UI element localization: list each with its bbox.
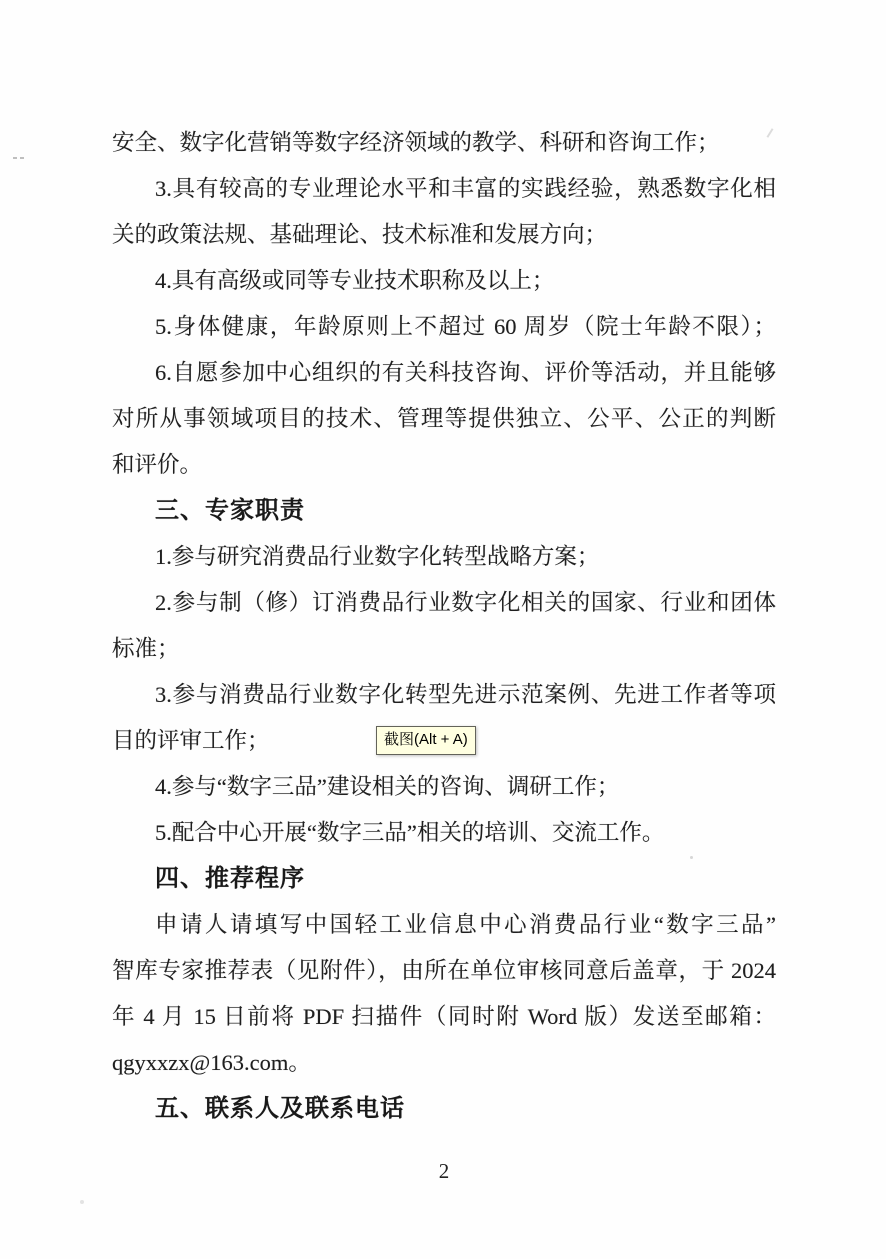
text-line: 1.参与研究消费品行业数字化转型战略方案； [112,534,776,580]
text-line: 5.身体健康，年龄原则上不超过 60 周岁（院士年龄不限）； [112,304,776,350]
text-line: 安全、数字化营销等数字经济领域的教学、科研和咨询工作； [112,120,776,166]
text-line: 5.配合中心开展“数字三品”相关的培训、交流工作。 [112,810,776,856]
text-line: 2.参与制（修）订消费品行业数字化相关的国家、行业和团体 [112,580,776,626]
document-lines: 安全、数字化营销等数字经济领域的教学、科研和咨询工作；3.具有较高的专业理论水平… [112,120,776,1132]
text-line: 3.具有较高的专业理论水平和丰富的实践经验，熟悉数字化相 [112,166,776,212]
text-line: 和评价。 [112,442,776,488]
text-line: qgyxxzx@163.com。 [112,1040,776,1086]
page-number: 2 [112,1156,776,1186]
text-line: 4.具有高级或同等专业技术职称及以上； [112,258,776,304]
text-line: 关的政策法规、基础理论、技术标准和发展方向； [112,212,776,258]
text-line: 申请人请填写中国轻工业信息中心消费品行业“数字三品” [112,902,776,948]
section-heading: 四、推荐程序 [112,856,776,902]
text-line: 4.参与“数字三品”建设相关的咨询、调研工作； [112,764,776,810]
text-line: 年 4 月 15 日前将 PDF 扫描件（同时附 Word 版）发送至邮箱： [112,994,776,1040]
text-line: 标准； [112,626,776,672]
screenshot-shortcut-tooltip: 截图(Alt + A) [376,726,476,755]
scan-artifact [80,1200,84,1204]
scan-artifact [13,157,17,159]
text-line: 智库专家推荐表（见附件），由所在单位审核同意后盖章，于 2024 [112,948,776,994]
text-line: 3.参与消费品行业数字化转型先进示范案例、先进工作者等项 [112,672,776,718]
scan-artifact [690,856,693,859]
text-line: 6.自愿参加中心组织的有关科技咨询、评价等活动，并且能够 [112,350,776,396]
section-heading: 五、联系人及联系电话 [112,1086,776,1132]
section-heading: 三、专家职责 [112,488,776,534]
document-page: 安全、数字化营销等数字经济领域的教学、科研和咨询工作；3.具有较高的专业理论水平… [0,0,886,1259]
text-line: 对所从事领域项目的技术、管理等提供独立、公平、公正的判断 [112,396,776,442]
